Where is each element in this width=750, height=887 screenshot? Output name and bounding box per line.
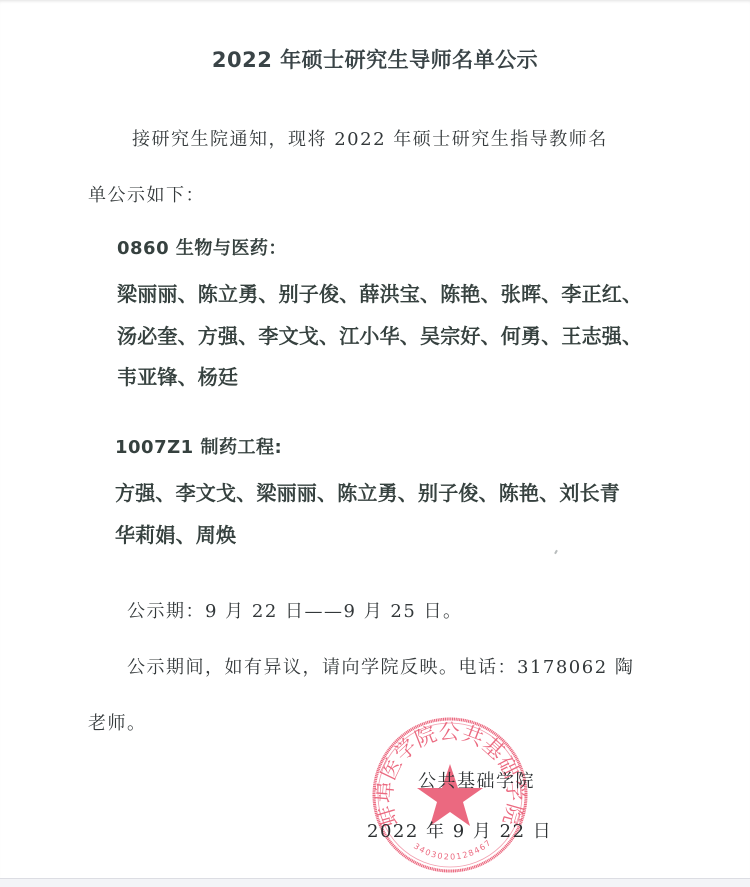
document-page: 2022 年硕士研究生导师名单公示 接研究生院通知，现将 2022 年硕士研究生… [0, 0, 750, 878]
notice-period: 公示期：9 月 22 日——9 月 25 日。 [127, 597, 463, 623]
names-line: 方强、李文戈、梁丽丽、陈立勇、别子俊、陈艳、刘长青 [115, 477, 620, 506]
scan-speck [554, 550, 558, 554]
intro-line-2: 单公示如下： [88, 181, 205, 207]
signature-date: 2022 年 9 月 22 日 [367, 817, 552, 843]
signature-org: 公共基础学院 [418, 767, 535, 793]
official-seal-icon: 蚌埠医学院公共基础学院 3403020128467 [371, 716, 529, 874]
intro-line-1: 接研究生院通知，现将 2022 年硕士研究生指导教师名 [132, 125, 608, 151]
contact-line-1: 公示期间，如有异议，请向学院反映。电话：3178062 陶 [127, 653, 634, 679]
viewer-bottom-bar [0, 878, 750, 887]
contact-line-2: 老师。 [88, 709, 147, 735]
section-heading-pharma: 1007Z1 制药工程: [115, 433, 282, 459]
names-line: 汤必奎、方强、李文戈、江小华、吴宗好、何勇、王志强、 [117, 320, 642, 349]
section-heading-biomed: 0860 生物与医药： [117, 234, 287, 260]
names-line: 梁丽丽、陈立勇、别子俊、薛洪宝、陈艳、张晖、李正红、 [117, 278, 642, 307]
names-line: 华莉娟、周焕 [115, 519, 236, 548]
names-line: 韦亚锋、杨廷 [117, 361, 238, 390]
document-title: 2022 年硕士研究生导师名单公示 [0, 44, 750, 74]
